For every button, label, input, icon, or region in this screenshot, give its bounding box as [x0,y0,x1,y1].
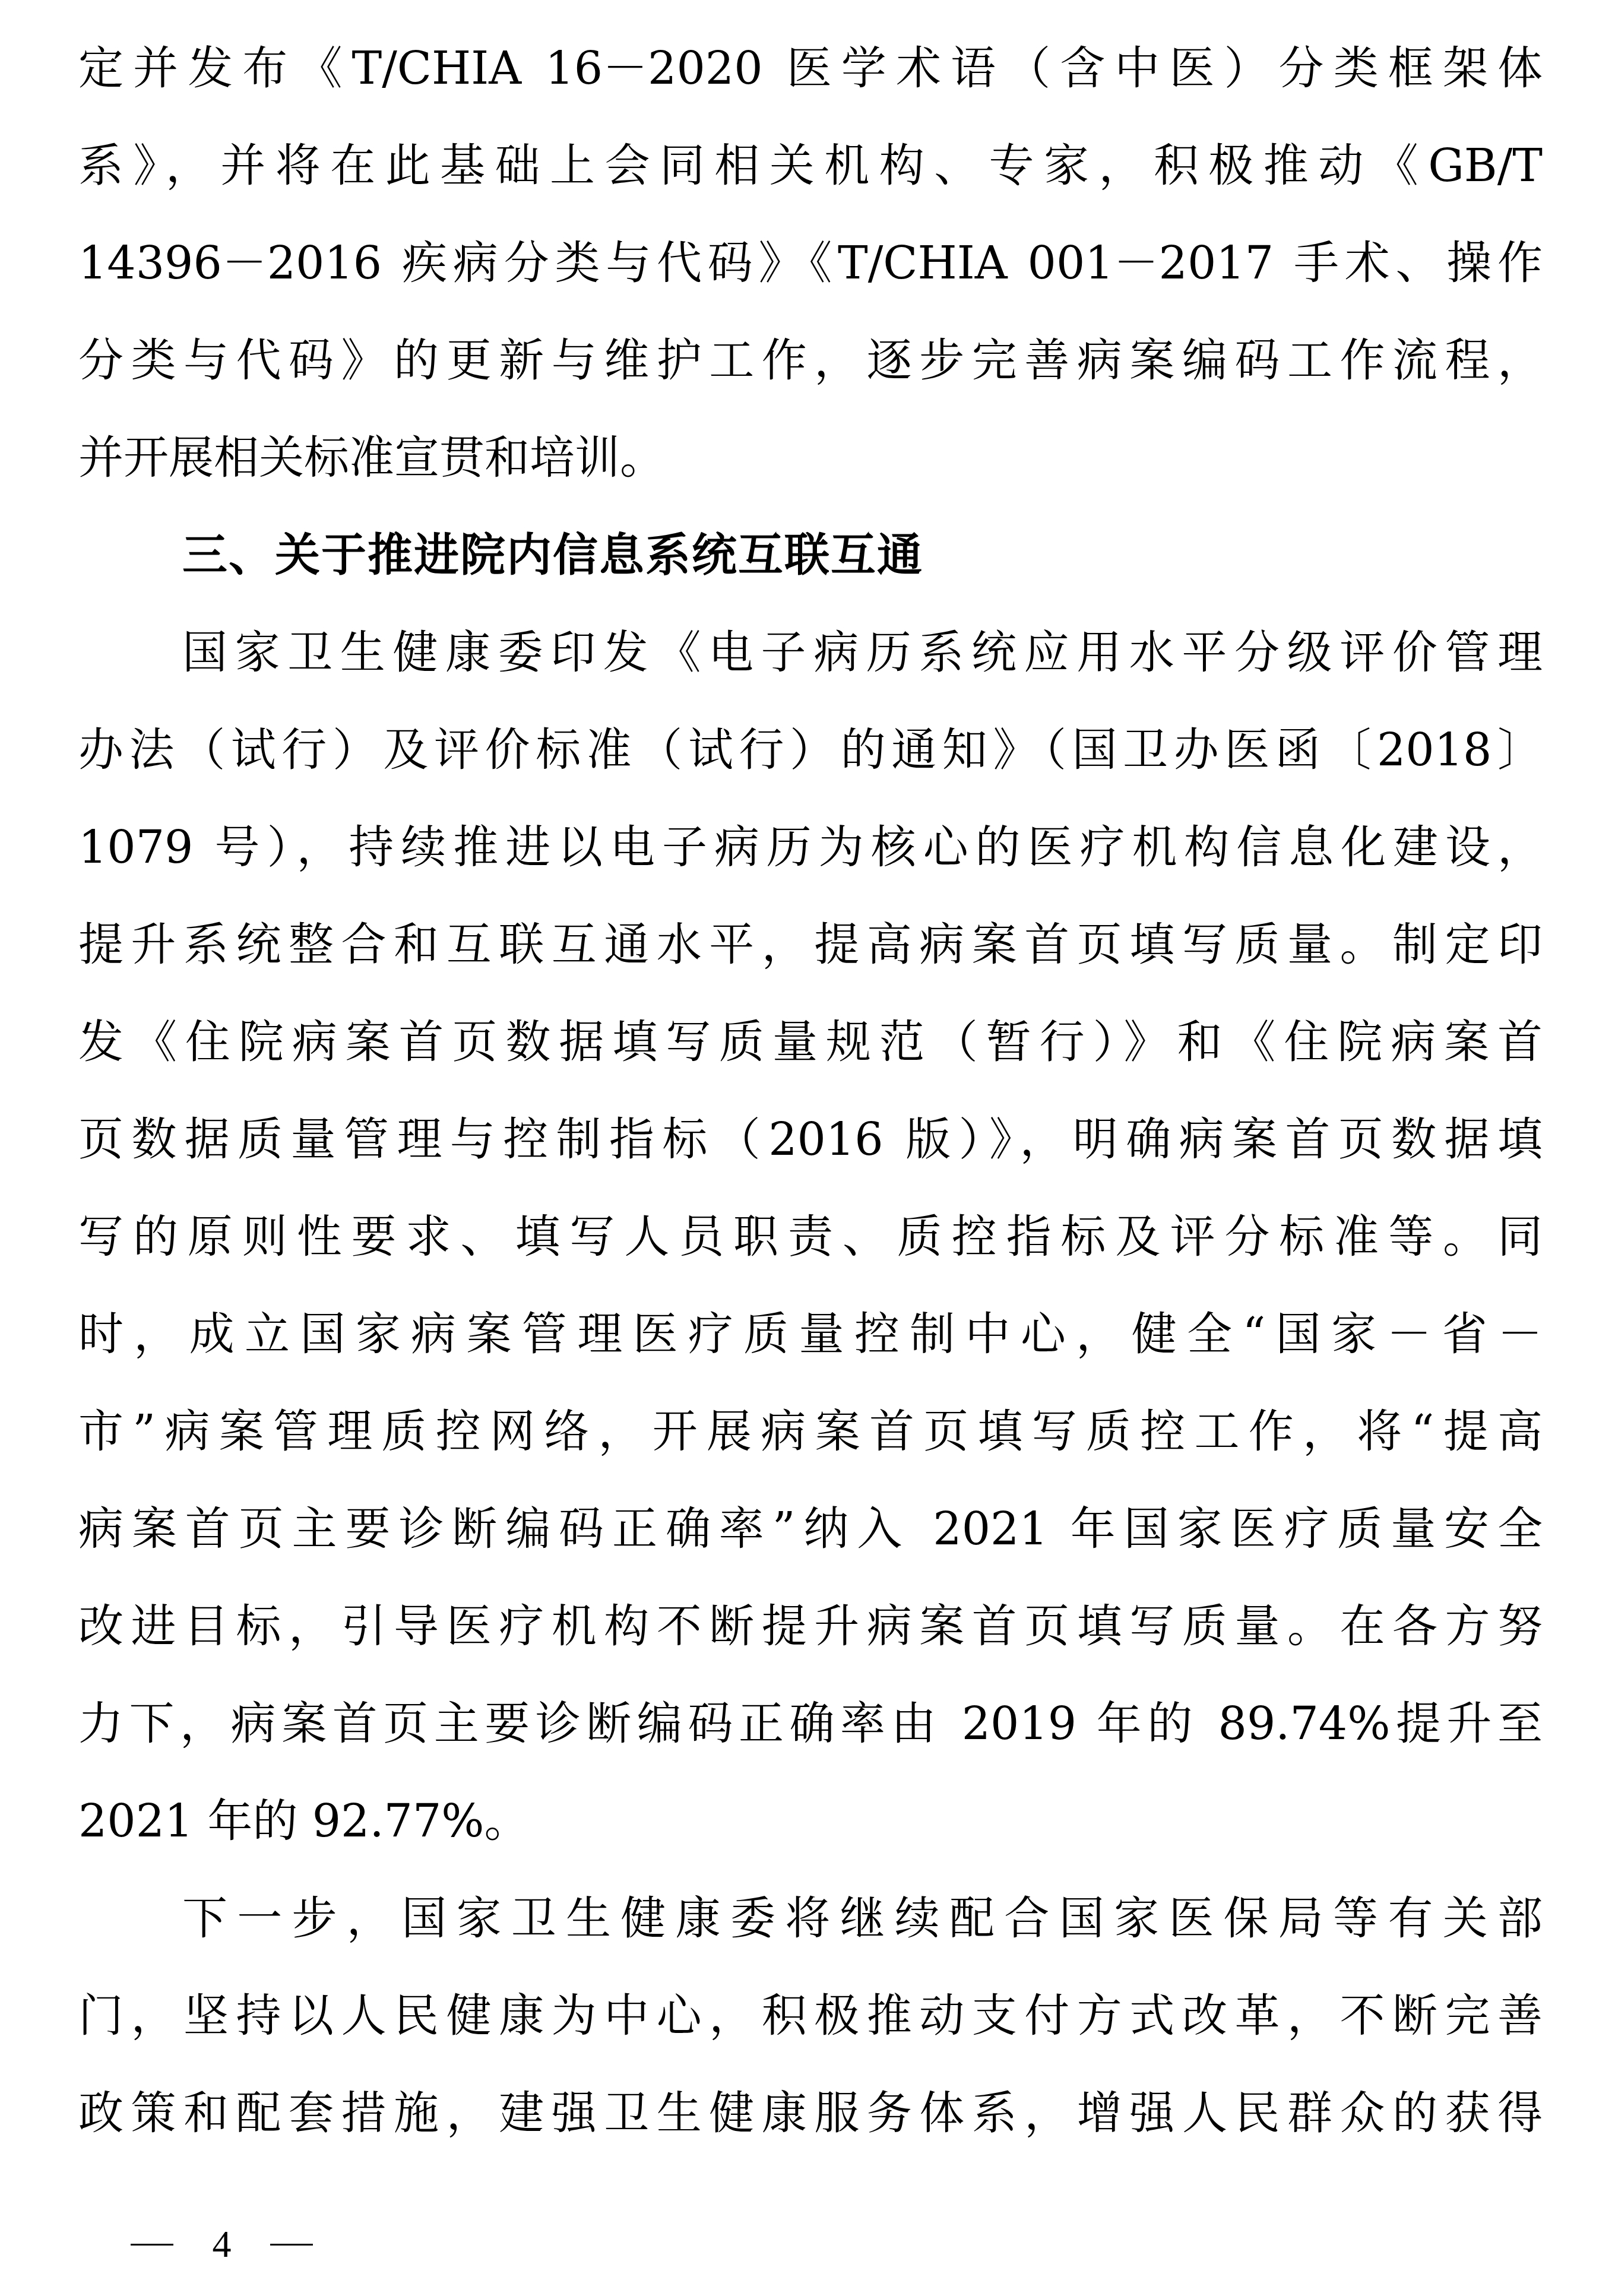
body-line: 页数据质量管理与控制指标（2016 版）》，明确病案首页数据填 [78,1110,1543,1169]
page-number: 4 [173,2224,270,2265]
page-footer: 4 [131,2224,313,2265]
body-line: 政策和配套措施，建强卫生健康服务体系，增强人民群众的获得 [78,2083,1543,2143]
body-line: 力下，病案首页主要诊断编码正确率由 2019 年的 89.74%提升至 [78,1694,1543,1753]
body-line: 时，成立国家病案管理医疗质量控制中心，健全“国家－省－ [78,1304,1543,1364]
body-line: 14396－2016 疾病分类与代码》《T/CHIA 001－2017 手术、操… [78,233,1543,293]
body-line: 国家卫生健康委印发《电子病历系统应用水平分级评价管理 [182,623,1543,682]
section-heading: 三、关于推进院内信息系统互联互通 [182,525,1543,585]
body-line: 提升系统整合和互联互通水平，提高病案首页填写质量。制定印 [78,915,1543,974]
body-line: 病案首页主要诊断编码正确率”纳入 2021 年国家医疗质量安全 [78,1499,1543,1559]
body-line: 下一步，国家卫生健康委将继续配合国家医保局等有关部 [182,1889,1543,1948]
body-line: 发《住院病案首页数据填写质量规范（暂行）》和《住院病案首 [78,1012,1543,1072]
body-line: 并开展相关标准宣贯和培训。 [78,428,1543,487]
body-line: 分类与代码》的更新与维护工作，逐步完善病案编码工作流程， [78,331,1543,390]
body-line: 2021 年的 92.77%。 [78,1791,1543,1851]
footer-dash-right [270,2244,313,2246]
body-line: 办法（试行）及评价标准（试行）的通知》（国卫办医函〔2018〕 [78,720,1543,780]
body-line: 系》，并将在此基础上会同相关机构、专家，积极推动《GB/T [78,136,1543,195]
body-line: 1079 号），持续推进以电子病历为核心的医疗机构信息化建设， [78,818,1543,877]
footer-dash-left [131,2244,173,2246]
body-line: 门，坚持以人民健康为中心，积极推动支付方式改革，不断完善 [78,1986,1543,2045]
body-line: 定并发布《T/CHIA 16－2020 医学术语（含中医）分类框架体 [78,39,1543,98]
body-line: 市”病案管理质控网络，开展病案首页填写质控工作，将“提高 [78,1402,1543,1461]
body-line: 改进目标，引导医疗机构不断提升病案首页填写质量。在各方努 [78,1597,1543,1656]
document-page: 定并发布《T/CHIA 16－2020 医学术语（含中医）分类框架体 系》，并将… [0,0,1615,2296]
body-line: 写的原则性要求、填写人员职责、质控指标及评分标准等。同 [78,1207,1543,1266]
